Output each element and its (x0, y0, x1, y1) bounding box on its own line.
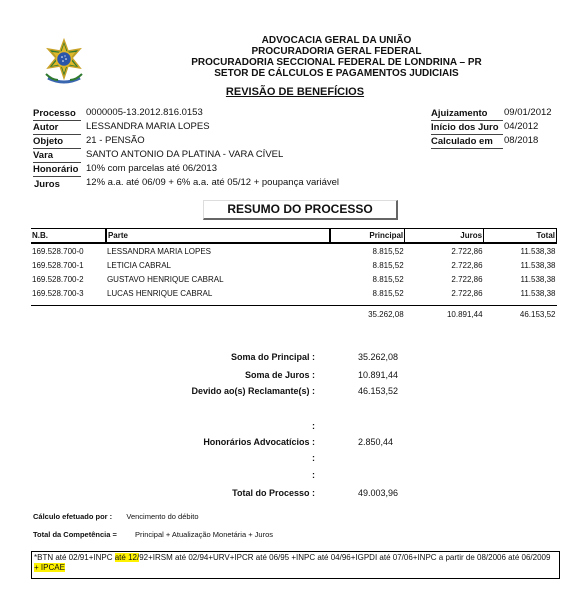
total-total: 46.153,52 (484, 306, 557, 322)
cell-total: 11.538,38 (484, 258, 557, 272)
note-text: *BTN até 02/91+INPC (34, 553, 115, 562)
competence-label: Total da Competência = (33, 530, 117, 539)
field-label-ajuizamento: Ajuizamento (431, 108, 503, 121)
table-totals-row: 35.262,0810.891,4446.153,52 (31, 306, 557, 322)
summary-label: : (312, 470, 315, 480)
field-label-juros: Juros (34, 179, 60, 190)
summary-row: : (150, 470, 480, 484)
summary-row: Soma do Principal :35.262,08 (150, 352, 480, 366)
field-value-vara: SANTO ANTONIO DA PLATINA - VARA CÍVEL (86, 149, 283, 160)
calc-method-value: Vencimento do débito (126, 512, 198, 521)
total-juros: 10.891,44 (405, 306, 484, 322)
cell-principal: 8.815,52 (330, 243, 405, 258)
table-row: 169.528.700-1LETICIA CABRAL8.815,522.722… (31, 258, 557, 272)
field-value-autor: LESSANDRA MARIA LOPES (86, 121, 210, 132)
col-header-parte: Parte (106, 229, 330, 244)
cell-empty (106, 306, 330, 322)
competence-formula: Total da Competência = Principal + Atual… (33, 530, 273, 539)
cell-parte: LESSANDRA MARIA LOPES (106, 243, 330, 258)
cell-parte: LETICIA CABRAL (106, 258, 330, 272)
table-row: 169.528.700-0LESSANDRA MARIA LOPES8.815,… (31, 243, 557, 258)
field-label-objeto: Objeto (33, 136, 81, 149)
cell-parte: GUSTAVO HENRIQUE CABRAL (106, 272, 330, 286)
summary-value: 2.850,44 (358, 437, 393, 447)
field-label-calculado-em: Calculado em (431, 136, 503, 149)
field-value-juros: 12% a.a. até 06/09 + 6% a.a. até 05/12 +… (86, 177, 339, 188)
field-label-inicio-juros: Início dos Juro (431, 122, 503, 135)
field-value-objeto: 21 - PENSÃO (86, 135, 145, 146)
summary-row: : (150, 453, 480, 467)
highlighted-text: até 12/ (115, 553, 139, 562)
summary-row: : (150, 421, 480, 435)
summary-value: 35.262,08 (358, 352, 398, 362)
cell-principal: 8.815,52 (330, 272, 405, 286)
field-label-processo: Processo (33, 108, 81, 121)
field-label-autor: Autor (33, 122, 81, 135)
cell-empty (31, 306, 106, 322)
col-header-nb: N.B. (31, 229, 106, 244)
document-header: ADVOCACIA GERAL DA UNIÃO PROCURADORIA GE… (100, 35, 573, 79)
competence-value: Principal + Atualização Monetária + Juro… (135, 530, 273, 539)
cell-nb: 169.528.700-0 (31, 243, 106, 258)
summary-label: Total do Processo : (232, 488, 315, 498)
summary-label: : (312, 421, 315, 431)
calc-method-label: Cálculo efetuado por : (33, 512, 112, 521)
cell-parte: LUCAS HENRIQUE CABRAL (106, 286, 330, 300)
summary-label: Honorários Advocatícios : (203, 437, 315, 447)
section-banner: RESUMO DO PROCESSO (203, 200, 398, 220)
note-text: 92+IRSM até 02/94+URV+IPCR até 06/95 +IN… (139, 553, 550, 562)
summary-label: : (312, 453, 315, 463)
summary-row: Soma de Juros :10.891,44 (150, 370, 480, 384)
cell-principal: 8.815,52 (330, 286, 405, 300)
field-label-vara: Vara (33, 150, 81, 163)
cell-juros: 2.722,86 (405, 286, 484, 300)
cell-total: 11.538,38 (484, 272, 557, 286)
summary-row: Devido ao(s) Reclamante(s) :46.153,52 (150, 386, 480, 400)
document-subtitle: REVISÃO DE BENEFÍCIOS (0, 86, 573, 98)
field-value-honorario: 10% com parcelas até 06/2013 (86, 163, 217, 174)
cell-juros: 2.722,86 (405, 272, 484, 286)
col-header-juros: Juros (405, 229, 484, 244)
cell-juros: 2.722,86 (405, 243, 484, 258)
summary-value: 46.153,52 (358, 386, 398, 396)
table-row: 169.528.700-2GUSTAVO HENRIQUE CABRAL8.81… (31, 272, 557, 286)
calc-method: Cálculo efetuado por : Vencimento do déb… (33, 512, 199, 521)
summary-row: Total do Processo :49.003,96 (150, 488, 480, 502)
cell-total: 11.538,38 (484, 286, 557, 300)
field-value-calculado-em: 08/2018 (504, 135, 538, 146)
index-note-box: *BTN até 02/91+INPC até 12/92+IRSM até 0… (31, 551, 560, 579)
highlighted-text: + IPCAE (34, 563, 65, 572)
beneficiaries-table: N.B. Parte Principal Juros Total 169.528… (31, 228, 557, 321)
table-header-row: N.B. Parte Principal Juros Total (31, 229, 557, 244)
total-principal: 35.262,08 (330, 306, 405, 322)
cell-juros: 2.722,86 (405, 258, 484, 272)
summary-value: 49.003,96 (358, 488, 398, 498)
field-value-processo: 0000005-13.2012.816.0153 (86, 107, 203, 118)
col-header-total: Total (484, 229, 557, 244)
summary-label: Soma do Principal : (231, 352, 315, 362)
summary-label: Devido ao(s) Reclamante(s) : (191, 386, 315, 396)
field-value-inicio-juros: 04/2012 (504, 121, 538, 132)
header-line: PROCURADORIA SECCIONAL FEDERAL DE LONDRI… (100, 57, 573, 68)
col-header-principal: Principal (330, 229, 405, 244)
header-line: ADVOCACIA GERAL DA UNIÃO (100, 35, 573, 46)
summary-row: Honorários Advocatícios :2.850,44 (150, 437, 480, 451)
cell-nb: 169.528.700-3 (31, 286, 106, 300)
summary-label: Soma de Juros : (245, 370, 315, 380)
field-value-ajuizamento: 09/01/2012 (504, 107, 552, 118)
cell-nb: 169.528.700-2 (31, 272, 106, 286)
table-row: 169.528.700-3LUCAS HENRIQUE CABRAL8.815,… (31, 286, 557, 300)
field-label-honorario: Honorário (33, 164, 81, 177)
header-line: SETOR DE CÁLCULOS E PAGAMENTOS JUDICIAIS (100, 68, 573, 79)
cell-principal: 8.815,52 (330, 258, 405, 272)
cell-total: 11.538,38 (484, 243, 557, 258)
brasao-logo-icon (42, 38, 86, 86)
header-line: PROCURADORIA GERAL FEDERAL (100, 46, 573, 57)
cell-nb: 169.528.700-1 (31, 258, 106, 272)
summary-value: 10.891,44 (358, 370, 398, 380)
